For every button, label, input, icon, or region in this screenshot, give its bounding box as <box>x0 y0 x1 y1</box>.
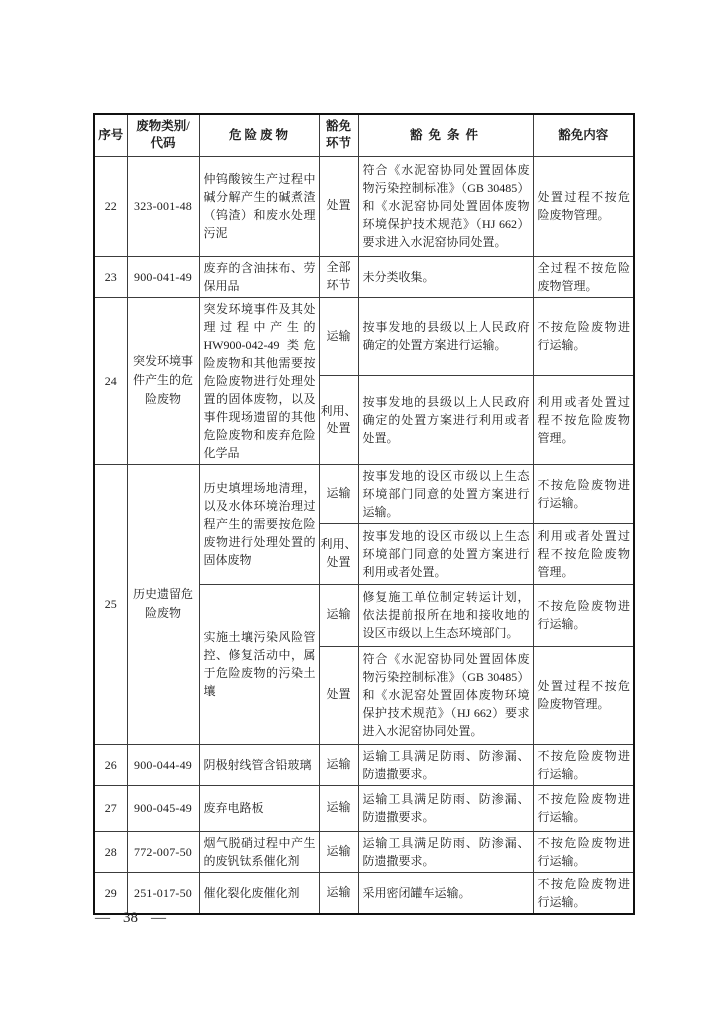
cell-waste-25-cleanup: 历史填埋场地清理，以及水体环境治理过程产生的需要按危险废物进行处理处置的固体废物 <box>199 464 319 584</box>
cell-condition-27: 运输工具满足防雨、防渗漏、防遗撒要求。 <box>358 785 533 831</box>
cell-stage-26: 运输 <box>319 744 358 785</box>
cell-content-27: 不按危险废物进行运输。 <box>533 785 634 831</box>
cell-stage-27: 运输 <box>319 785 358 831</box>
cell-content-26: 不按危险废物进行运输。 <box>533 744 634 785</box>
cell-waste-23: 废弃的含油抹布、劳保用品 <box>199 256 319 297</box>
table-row: 29 251-017-50 催化裂化废催化剂 运输 采用密闭罐车运输。 不按危险… <box>94 872 634 914</box>
cell-waste-26: 阴极射线管含铅玻璃 <box>199 744 319 785</box>
cell-waste-29: 催化裂化废催化剂 <box>199 872 319 914</box>
cell-condition-25-transport-2: 修复施工单位制定转运计划，依法提前报所在地和接收地的设区市级以上生态环境部门。 <box>358 584 533 646</box>
table-row: 27 900-045-49 废弃电路板 运输 运输工具满足防雨、防渗漏、防遗撒要… <box>94 785 634 831</box>
col-header-content: 豁免内容 <box>533 114 634 156</box>
cell-no-23: 23 <box>94 256 127 297</box>
cell-content-25-transport-2: 不按危险废物进行运输。 <box>533 584 634 646</box>
cell-code-27: 900-045-49 <box>127 785 199 831</box>
cell-no-28: 28 <box>94 831 127 872</box>
cell-waste-27: 废弃电路板 <box>199 785 319 831</box>
cell-condition-25-disposal: 符合《水泥窑协同处置固体废物污染控制标准》（GB 30485）和《水泥窑处置固体… <box>358 646 533 744</box>
cell-condition-26: 运输工具满足防雨、防渗漏、防遗撒要求。 <box>358 744 533 785</box>
col-header-no: 序号 <box>94 114 127 156</box>
cell-stage-25-transport-1: 运输 <box>319 464 358 523</box>
col-header-waste: 危险废物 <box>199 114 319 156</box>
cell-waste-24: 突发环境事件及其处理过程中产生的HW900-042-49 类危险废物和其他需要按… <box>199 297 319 464</box>
page-footer: — 38 — <box>95 910 166 927</box>
cell-condition-25-transport-1: 按事发地的设区市级以上生态环境部门同意的处置方案进行运输。 <box>358 464 533 523</box>
cell-category-25: 历史遗留危险废物 <box>127 464 199 744</box>
cell-no-27: 27 <box>94 785 127 831</box>
cell-stage-25-use-disposal: 利用、 处置 <box>319 523 358 584</box>
cell-content-24-transport: 不按危险废物进行运输。 <box>533 297 634 376</box>
cell-content-23: 全过程不按危险废物管理。 <box>533 256 634 297</box>
cell-content-28: 不按危险废物进行运输。 <box>533 831 634 872</box>
document-page: 序号 废物类别/ 代码 危险废物 豁免 环节 豁免条件 豁免内容 22 323-… <box>0 0 724 1024</box>
cell-no-25: 25 <box>94 464 127 744</box>
col-header-condition: 豁免条件 <box>358 114 533 156</box>
footer-dash-right: — <box>151 910 166 927</box>
table-row: 25 历史遗留危险废物 历史填埋场地清理，以及水体环境治理过程产生的需要按危险废… <box>94 464 634 523</box>
table-row: 28 772-007-50 烟气脱硝过程中产生的废钒钛系催化剂 运输 运输工具满… <box>94 831 634 872</box>
cell-category-24: 突发环境事件产生的危险废物 <box>127 297 199 464</box>
cell-code-23: 900-041-49 <box>127 256 199 297</box>
cell-no-24: 24 <box>94 297 127 464</box>
table-row: 24 突发环境事件产生的危险废物 突发环境事件及其处理过程中产生的HW900-0… <box>94 297 634 376</box>
cell-stage-24-transport: 运输 <box>319 297 358 376</box>
cell-waste-28: 烟气脱硝过程中产生的废钒钛系催化剂 <box>199 831 319 872</box>
cell-waste-22: 仲钨酸铵生产过程中碱分解产生的碱煮渣（钨渣）和废水处理污泥 <box>199 156 319 256</box>
cell-content-29: 不按危险废物进行运输。 <box>533 872 634 914</box>
footer-dash-left: — <box>95 910 110 927</box>
cell-condition-25-use-disposal: 按事发地的设区市级以上生态环境部门同意的处置方案进行利用或者处置。 <box>358 523 533 584</box>
cell-code-29: 251-017-50 <box>127 872 199 914</box>
cell-stage-24-use-disposal: 利用、 处置 <box>319 376 358 464</box>
cell-condition-24-transport: 按事发地的县级以上人民政府确定的处置方案进行运输。 <box>358 297 533 376</box>
cell-condition-29: 采用密闭罐车运输。 <box>358 872 533 914</box>
col-header-stage: 豁免 环节 <box>319 114 358 156</box>
cell-code-28: 772-007-50 <box>127 831 199 872</box>
table-header-row: 序号 废物类别/ 代码 危险废物 豁免 环节 豁免条件 豁免内容 <box>94 114 634 156</box>
cell-content-25-transport-1: 不按危险废物进行运输。 <box>533 464 634 523</box>
table-row: 26 900-044-49 阴极射线管含铅玻璃 运输 运输工具满足防雨、防渗漏、… <box>94 744 634 785</box>
cell-condition-24-use-disposal: 按事发地的县级以上人民政府确定的处置方案进行利用或者处置。 <box>358 376 533 464</box>
cell-condition-28: 运输工具满足防雨、防渗漏、防遗撒要求。 <box>358 831 533 872</box>
cell-stage-25-transport-2: 运输 <box>319 584 358 646</box>
cell-stage-29: 运输 <box>319 872 358 914</box>
table-row: 22 323-001-48 仲钨酸铵生产过程中碱分解产生的碱煮渣（钨渣）和废水处… <box>94 156 634 256</box>
page-number: 38 <box>123 910 138 927</box>
cell-waste-25-soil: 实施土壤污染风险管控、修复活动中，属于危险废物的污染土壤 <box>199 584 319 744</box>
cell-no-26: 26 <box>94 744 127 785</box>
cell-content-22: 处置过程不按危险废物管理。 <box>533 156 634 256</box>
cell-condition-23: 未分类收集。 <box>358 256 533 297</box>
cell-content-24-use-disposal: 利用或者处置过程不按危险废物管理。 <box>533 376 634 464</box>
cell-stage-23: 全部 环节 <box>319 256 358 297</box>
table-row: 23 900-041-49 废弃的含油抹布、劳保用品 全部 环节 未分类收集。 … <box>94 256 634 297</box>
cell-stage-22: 处置 <box>319 156 358 256</box>
cell-no-22: 22 <box>94 156 127 256</box>
cell-condition-22: 符合《水泥窑协同处置固体废物污染控制标准》（GB 30485）和《水泥窑协同处置… <box>358 156 533 256</box>
col-header-category-code: 废物类别/ 代码 <box>127 114 199 156</box>
cell-stage-28: 运输 <box>319 831 358 872</box>
cell-code-26: 900-044-49 <box>127 744 199 785</box>
cell-content-25-disposal: 处置过程不按危险废物管理。 <box>533 646 634 744</box>
cell-no-29: 29 <box>94 872 127 914</box>
hazardous-waste-exemption-table: 序号 废物类别/ 代码 危险废物 豁免 环节 豁免条件 豁免内容 22 323-… <box>93 113 635 915</box>
cell-content-25-use-disposal: 利用或者处置过程不按危险废物管理。 <box>533 523 634 584</box>
cell-code-22: 323-001-48 <box>127 156 199 256</box>
cell-stage-25-disposal: 处置 <box>319 646 358 744</box>
